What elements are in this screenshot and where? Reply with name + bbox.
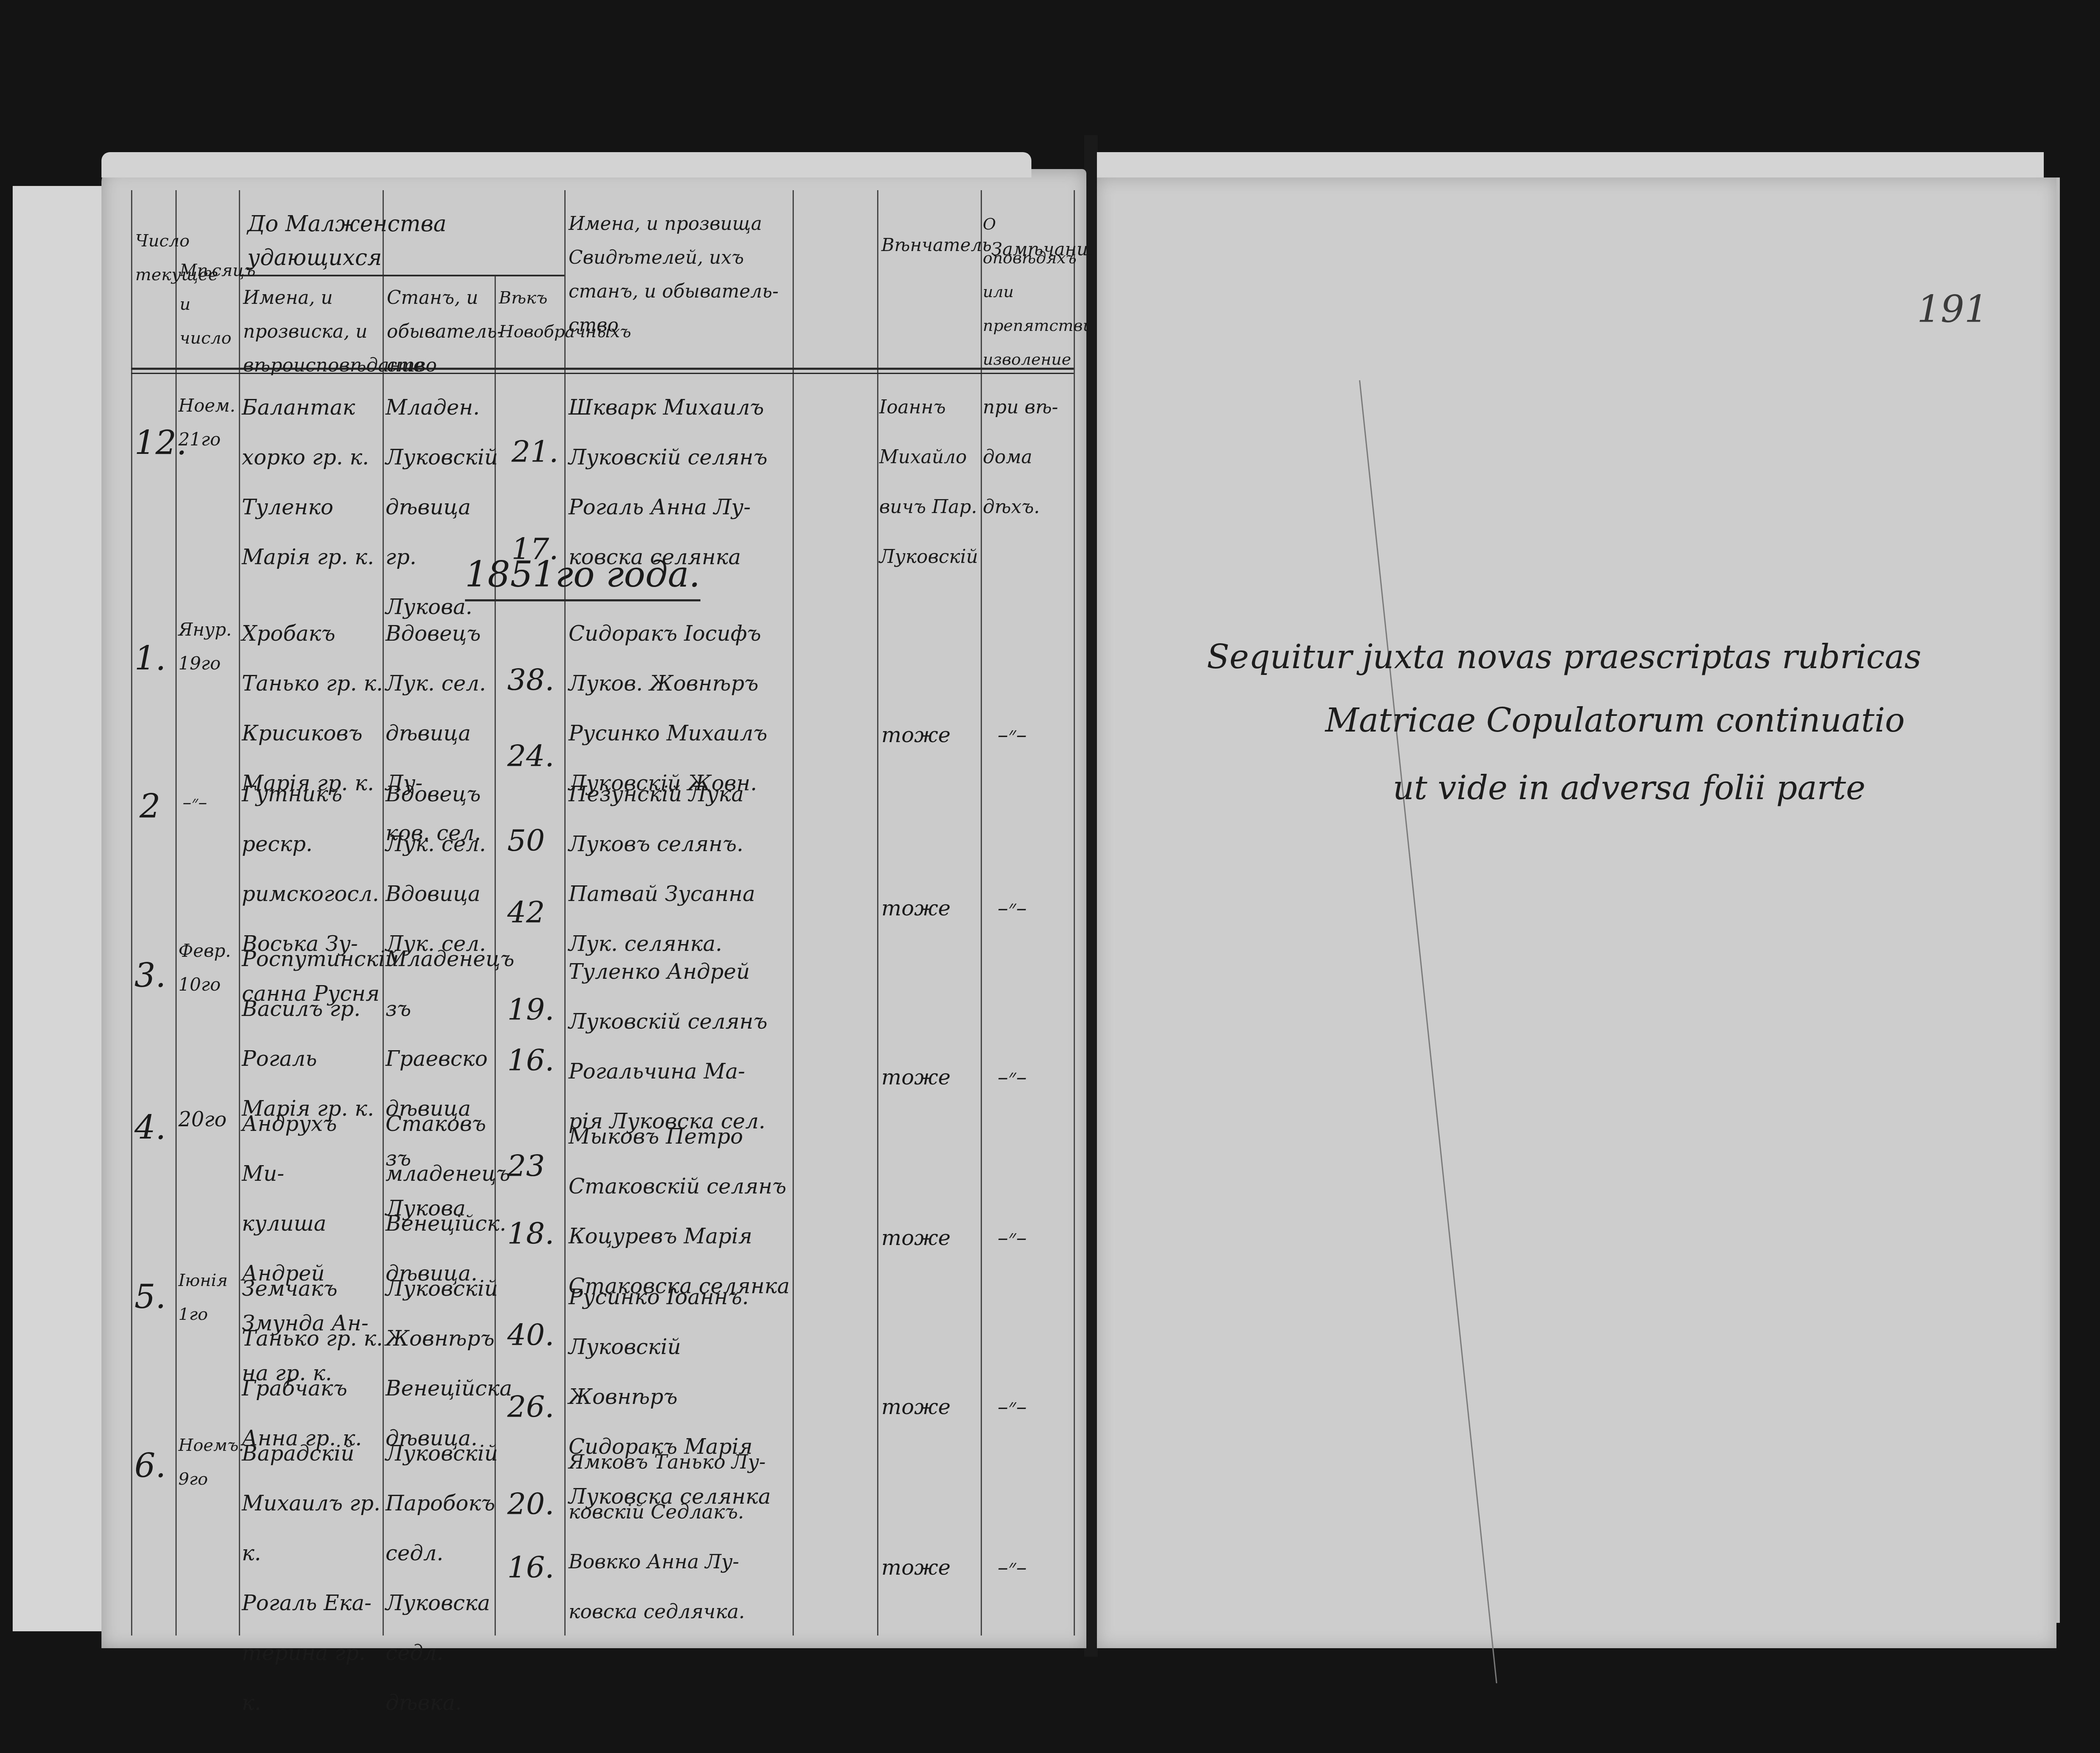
- header-officiant: Вѣнчатель: [881, 228, 979, 262]
- entry-announcements: –״–: [998, 1543, 1027, 1592]
- entry-number: 3.: [134, 951, 166, 1001]
- entry-age-groom: 40.: [507, 1310, 554, 1360]
- entry-announcements: –״–: [998, 1052, 1027, 1102]
- entry-age-bride: 42: [507, 887, 545, 937]
- entry-age-bride: 24.: [507, 731, 554, 781]
- entry-officiant: тоже: [881, 1382, 951, 1432]
- entry-number: 4.: [134, 1103, 166, 1153]
- entry-officiant: тоже: [881, 1213, 951, 1263]
- entry-age-groom: 21.: [511, 427, 558, 477]
- entry-announcements: –״–: [998, 710, 1027, 760]
- header-group-marrying: До Малженства удающихся: [247, 207, 569, 275]
- right-page-note: 191 Sequitur juxta novas praescriptas ru…: [1097, 177, 2056, 1648]
- column-rule: [131, 190, 132, 1636]
- entry-officiant: тоже: [881, 710, 951, 760]
- entry-date: –״–: [183, 778, 207, 827]
- header-names: Имена, и прозвиска, и вѣроисповѣдание: [243, 281, 378, 382]
- entry-age-bride: 16.: [507, 1543, 554, 1592]
- entry-names: Балантак хорко гр. к. Туленко Марiя гр. …: [242, 382, 383, 582]
- entry-date: Ноемъ. 9го: [178, 1428, 240, 1496]
- entry-witnesses: Ямковъ Танько Лу- ковскiй Седлакъ. Вовкк…: [569, 1437, 793, 1636]
- entry-date: Февр. 10го: [178, 934, 240, 1002]
- entry-date: Янур. 19го: [178, 613, 240, 680]
- folio-number: 191: [1917, 287, 1988, 331]
- header-number: Число текущее: [135, 224, 175, 292]
- column-rule: [981, 190, 982, 1636]
- entry-number: 1.: [134, 634, 166, 684]
- left-page-top-edge: [101, 152, 1031, 177]
- entry-date: Iюнiя 1го: [178, 1264, 240, 1331]
- column-rule: [877, 190, 878, 1636]
- header-age: Вѣкъ Новобрачныхъ: [499, 281, 562, 349]
- entry-announcements: –״–: [998, 883, 1027, 933]
- header-status: Станъ, и обыватель­ство: [387, 281, 492, 382]
- entry-announcements: –״–: [998, 1213, 1027, 1263]
- latin-note-line-3: ut vide in adversa folii parte: [1393, 769, 1865, 807]
- paper-crease: [1359, 380, 1497, 1683]
- entry-age-bride: 26.: [507, 1382, 554, 1432]
- column-rule: [793, 190, 794, 1636]
- entry-announcements: при вѣ- дома дѣхъ.: [983, 382, 1072, 532]
- column-rule: [175, 190, 177, 1636]
- register-table: Число текущее Мѣсяцъ и число До Малженст…: [131, 190, 1074, 1636]
- entry-date: 20го: [178, 1095, 227, 1144]
- entry-officiant: тоже: [881, 1543, 951, 1592]
- column-rule: [564, 190, 566, 1636]
- entry-announcements: –״–: [998, 1382, 1027, 1432]
- column-rule: [1074, 190, 1075, 1636]
- entry-names: Варадскiй Михаилъ гр. к. Рогаль Ека- тер…: [242, 1428, 383, 1728]
- left-page-register: Число текущее Мѣсяцъ и число До Малженст…: [101, 169, 1086, 1648]
- entry-number: 5.: [134, 1272, 166, 1322]
- entry-date: Ноем. 21го: [178, 389, 240, 456]
- header-month-day: Мѣсяцъ и число: [180, 254, 239, 355]
- entry-age-bride: 16.: [507, 1035, 554, 1085]
- entry-officiant: тоже: [881, 883, 951, 933]
- entry-status: Луковскiй Паробокъ седл. Луковска седл. …: [386, 1428, 495, 1728]
- entry-age-groom: 50: [507, 816, 545, 866]
- entry-witnesses: Пезунскiй Лука Луковъ селянъ. Патвай Зус…: [569, 769, 793, 969]
- entry-number: 2: [139, 782, 161, 832]
- entry-witnesses: Шкварк Михаилъ Луковскiй селянъ Рогаль А…: [569, 382, 793, 582]
- latin-note-line-2: Matricae Copulatorum continuatio: [1325, 702, 1905, 740]
- entry-age-bride: 18.: [507, 1209, 554, 1259]
- entry-age-groom: 23: [507, 1141, 545, 1191]
- entry-age-groom: 38.: [507, 655, 554, 705]
- header-witnesses: Имена, и прозвища Свидѣтелей, ихъ станъ,…: [569, 207, 790, 342]
- group-header-rule: [239, 275, 564, 276]
- entry-number: 6.: [134, 1441, 166, 1491]
- underlying-sheet-edge: [13, 186, 111, 1631]
- year-heading: 1851го года.: [465, 554, 700, 601]
- entry-officiant: Iоаннъ Михайло вичъ Пар. Луковскiй: [879, 382, 981, 582]
- entry-officiant: тоже: [881, 1052, 951, 1102]
- header-remarks: Замѣчание: [991, 232, 1069, 266]
- entry-age-groom: 19.: [507, 985, 554, 1035]
- latin-note-line-1: Sequitur juxta novas praescriptas rubric…: [1207, 638, 1921, 676]
- entry-age-groom: 20.: [507, 1479, 554, 1529]
